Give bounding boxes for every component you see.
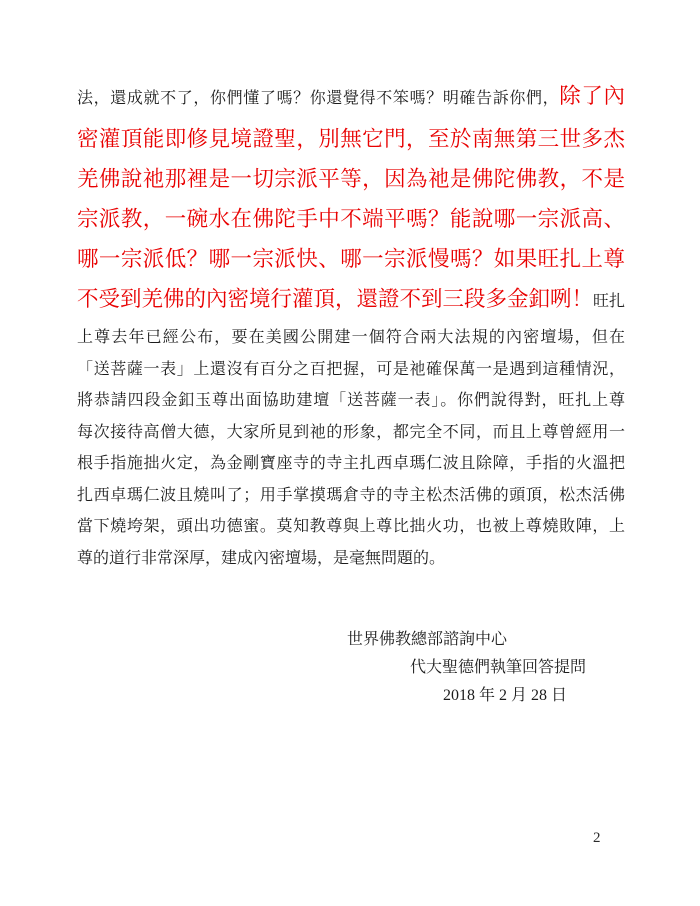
body-text: 旺扎 bbox=[593, 293, 625, 310]
text-line: 根手指施拙火定，為金剛寶座寺的寺主扎西卓瑪仁波且除障，手指的火溫把 bbox=[77, 448, 625, 480]
emphasis-red-text: 密灌頂能即修見境證聖，別無它門，至於南無第三世多杰 bbox=[77, 127, 625, 151]
emphasis-red-text: 除了內 bbox=[559, 84, 625, 108]
signature-byline: 代大聖德們執筆回答提問 bbox=[410, 654, 625, 682]
signature-block: 世界佛教總部諮詢中心 代大聖德們執筆回答提問 2018 年 2 月 28 日 bbox=[77, 626, 625, 710]
text-line: 扎西卓瑪仁波且燒叫了；用手掌摸瑪倉寺的寺主松杰活佛的頭頂，松杰活佛 bbox=[77, 480, 625, 512]
emphasis-red-text: 不受到羌佛的內密境行灌頂，還證不到三段多金釦咧！ bbox=[77, 287, 593, 311]
document-page: 法，還成就不了，你們懂了嗎？你還覺得不笨嗎？明確告訴你們，除了內密灌頂能即修見境… bbox=[0, 0, 700, 906]
body-text: 當下燒垮架，頭出功德蜜。莫知教尊與上尊比拙火功，也被上尊燒敗陣，上 bbox=[77, 518, 625, 535]
page-number: 2 bbox=[593, 828, 601, 848]
body-text: 法，還成就不了，你們懂了嗎？你還覺得不笨嗎？明確告訴你們， bbox=[77, 90, 559, 107]
body-text: 上尊去年已經公布，要在美國公開建一個符合兩大法規的內密壇場，但在 bbox=[77, 329, 625, 346]
body-text: 將恭請四段金釦玉尊出面協助建壇「送菩薩一表」。你們說得對，旺扎上尊 bbox=[77, 392, 625, 409]
signature-org: 世界佛教總部諮詢中心 bbox=[347, 626, 625, 654]
emphasis-red-text: 哪一宗派低？哪一宗派快、哪一宗派慢嗎？如果旺扎上尊 bbox=[77, 247, 625, 271]
text-line: 法，還成就不了，你們懂了嗎？你還覺得不笨嗎？明確告訴你們，除了內 bbox=[77, 76, 625, 119]
text-line: 宗派教，一碗水在佛陀手中不端平嗎？能說哪一宗派高、 bbox=[77, 199, 625, 239]
text-line: 哪一宗派低？哪一宗派快、哪一宗派慢嗎？如果旺扎上尊 bbox=[77, 239, 625, 279]
signature-date: 2018 年 2 月 28 日 bbox=[443, 682, 625, 710]
body-text: 根手指施拙火定，為金剛寶座寺的寺主扎西卓瑪仁波且除障，手指的火溫把 bbox=[77, 455, 625, 472]
text-line: 上尊去年已經公布，要在美國公開建一個符合兩大法規的內密壇場，但在 bbox=[77, 322, 625, 354]
text-line: 不受到羌佛的內密境行灌頂，還證不到三段多金釦咧！旺扎 bbox=[77, 279, 625, 322]
text-line: 每次接待高僧大德，大家所見到祂的形象，都完全不同，而且上尊曾經用一 bbox=[77, 417, 625, 449]
text-line: 密灌頂能即修見境證聖，別無它門，至於南無第三世多杰 bbox=[77, 119, 625, 159]
body-text: 尊的道行非常深厚，建成內密壇場，是毫無問題的。 bbox=[77, 550, 445, 567]
emphasis-red-text: 宗派教，一碗水在佛陀手中不端平嗎？能說哪一宗派高、 bbox=[77, 207, 625, 231]
text-line: 尊的道行非常深厚，建成內密壇場，是毫無問題的。 bbox=[77, 543, 625, 575]
body-text: 「送菩薩一表」上還沒有百分之百把握，可是祂確保萬一是遇到這種情況， bbox=[77, 361, 625, 378]
body-text: 每次接待高僧大德，大家所見到祂的形象，都完全不同，而且上尊曾經用一 bbox=[77, 424, 625, 441]
emphasis-red-text: 羌佛說祂那裡是一切宗派平等，因為祂是佛陀佛教，不是 bbox=[77, 167, 625, 191]
body-text: 扎西卓瑪仁波且燒叫了；用手掌摸瑪倉寺的寺主松杰活佛的頭頂，松杰活佛 bbox=[77, 487, 625, 504]
text-line: 當下燒垮架，頭出功德蜜。莫知教尊與上尊比拙火功，也被上尊燒敗陣，上 bbox=[77, 511, 625, 543]
text-line: 羌佛說祂那裡是一切宗派平等，因為祂是佛陀佛教，不是 bbox=[77, 159, 625, 199]
text-line: 將恭請四段金釦玉尊出面協助建壇「送菩薩一表」。你們說得對，旺扎上尊 bbox=[77, 385, 625, 417]
body-paragraph: 法，還成就不了，你們懂了嗎？你還覺得不笨嗎？明確告訴你們，除了內密灌頂能即修見境… bbox=[77, 76, 625, 574]
text-line: 「送菩薩一表」上還沒有百分之百把握，可是祂確保萬一是遇到這種情況， bbox=[77, 354, 625, 386]
